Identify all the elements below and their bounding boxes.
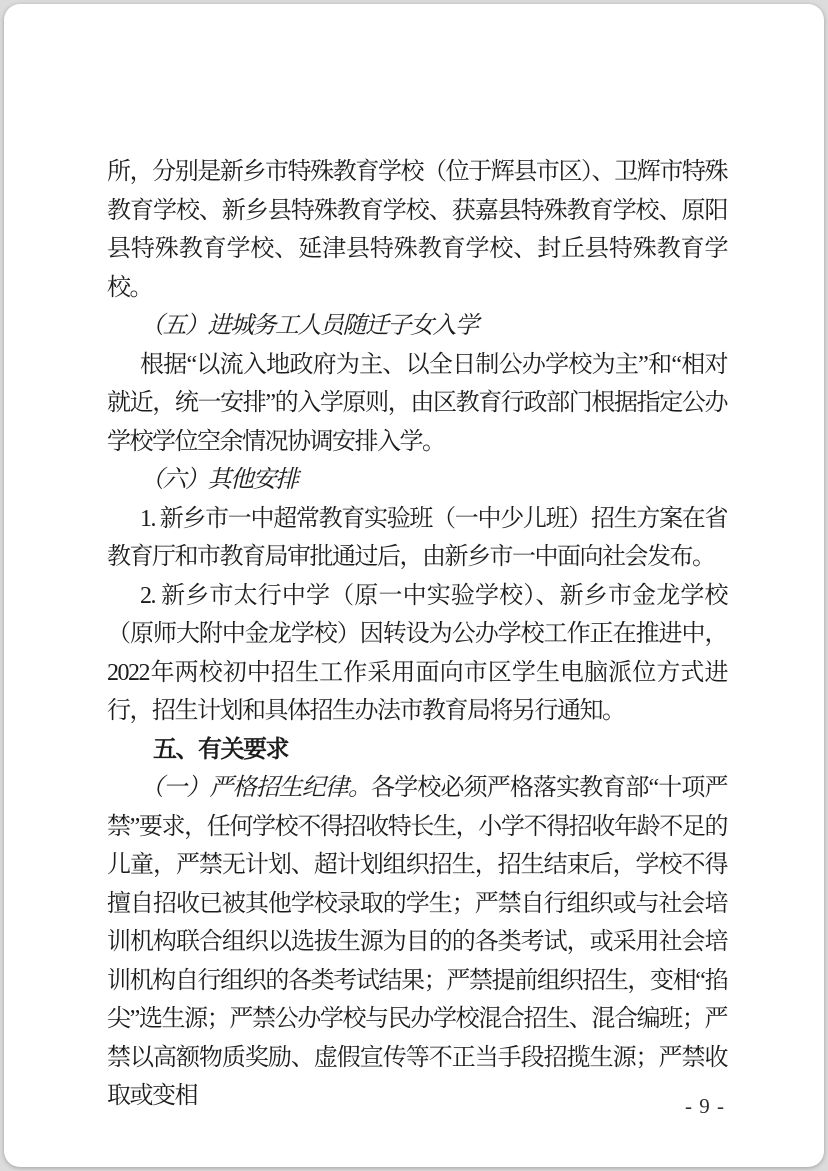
paragraph-discipline-rules: （一）严格招生纪律。各学校必须严格落实教育部“十项严禁”要求，任何学校不得招收特… xyxy=(107,769,727,1116)
document-page: 所，分别是新乡市特殊教育学校（位于辉县市区）、卫辉市特殊教育学校、新乡县特殊教育… xyxy=(4,4,824,1167)
paragraph-discipline-text: 各学校必须严格落实教育部“十项严禁”要求，任何学校不得招收特长生，小学不得招收年… xyxy=(107,775,727,1109)
paragraph-discipline-lead: （一）严格招生纪律。 xyxy=(140,775,371,801)
heading-section-5-migrant-children: （五）进城务工人员随迁子女入学 xyxy=(107,307,727,346)
paragraph-item-1-yizhong-experimental-class: 1. 新乡市一中超常教育实验班（一中少儿班）招生方案在省教育厅和市教育局审批通过… xyxy=(107,500,727,577)
paragraph-item-2-taihang-jinlong-schools: 2. 新乡市太行中学（原一中实验学校）、新乡市金龙学校（原师大附中金龙学校）因转… xyxy=(107,577,727,731)
heading-section-6-other-arrangements: （六）其他安排 xyxy=(107,461,727,500)
paragraph-special-schools-list: 所，分别是新乡市特殊教育学校（位于辉县市区）、卫辉市特殊教育学校、新乡县特殊教育… xyxy=(107,153,727,307)
document-body: 所，分别是新乡市特殊教育学校（位于辉县市区）、卫辉市特殊教育学校、新乡县特殊教育… xyxy=(107,153,727,1116)
paragraph-enrollment-principle: 根据“以流入地政府为主、以全日制公办学校为主”和“相对就近，统一安排”的入学原则… xyxy=(107,346,727,462)
page-number: - 9 - xyxy=(685,1094,725,1119)
heading-part-5-requirements: 五、有关要求 xyxy=(107,731,727,770)
